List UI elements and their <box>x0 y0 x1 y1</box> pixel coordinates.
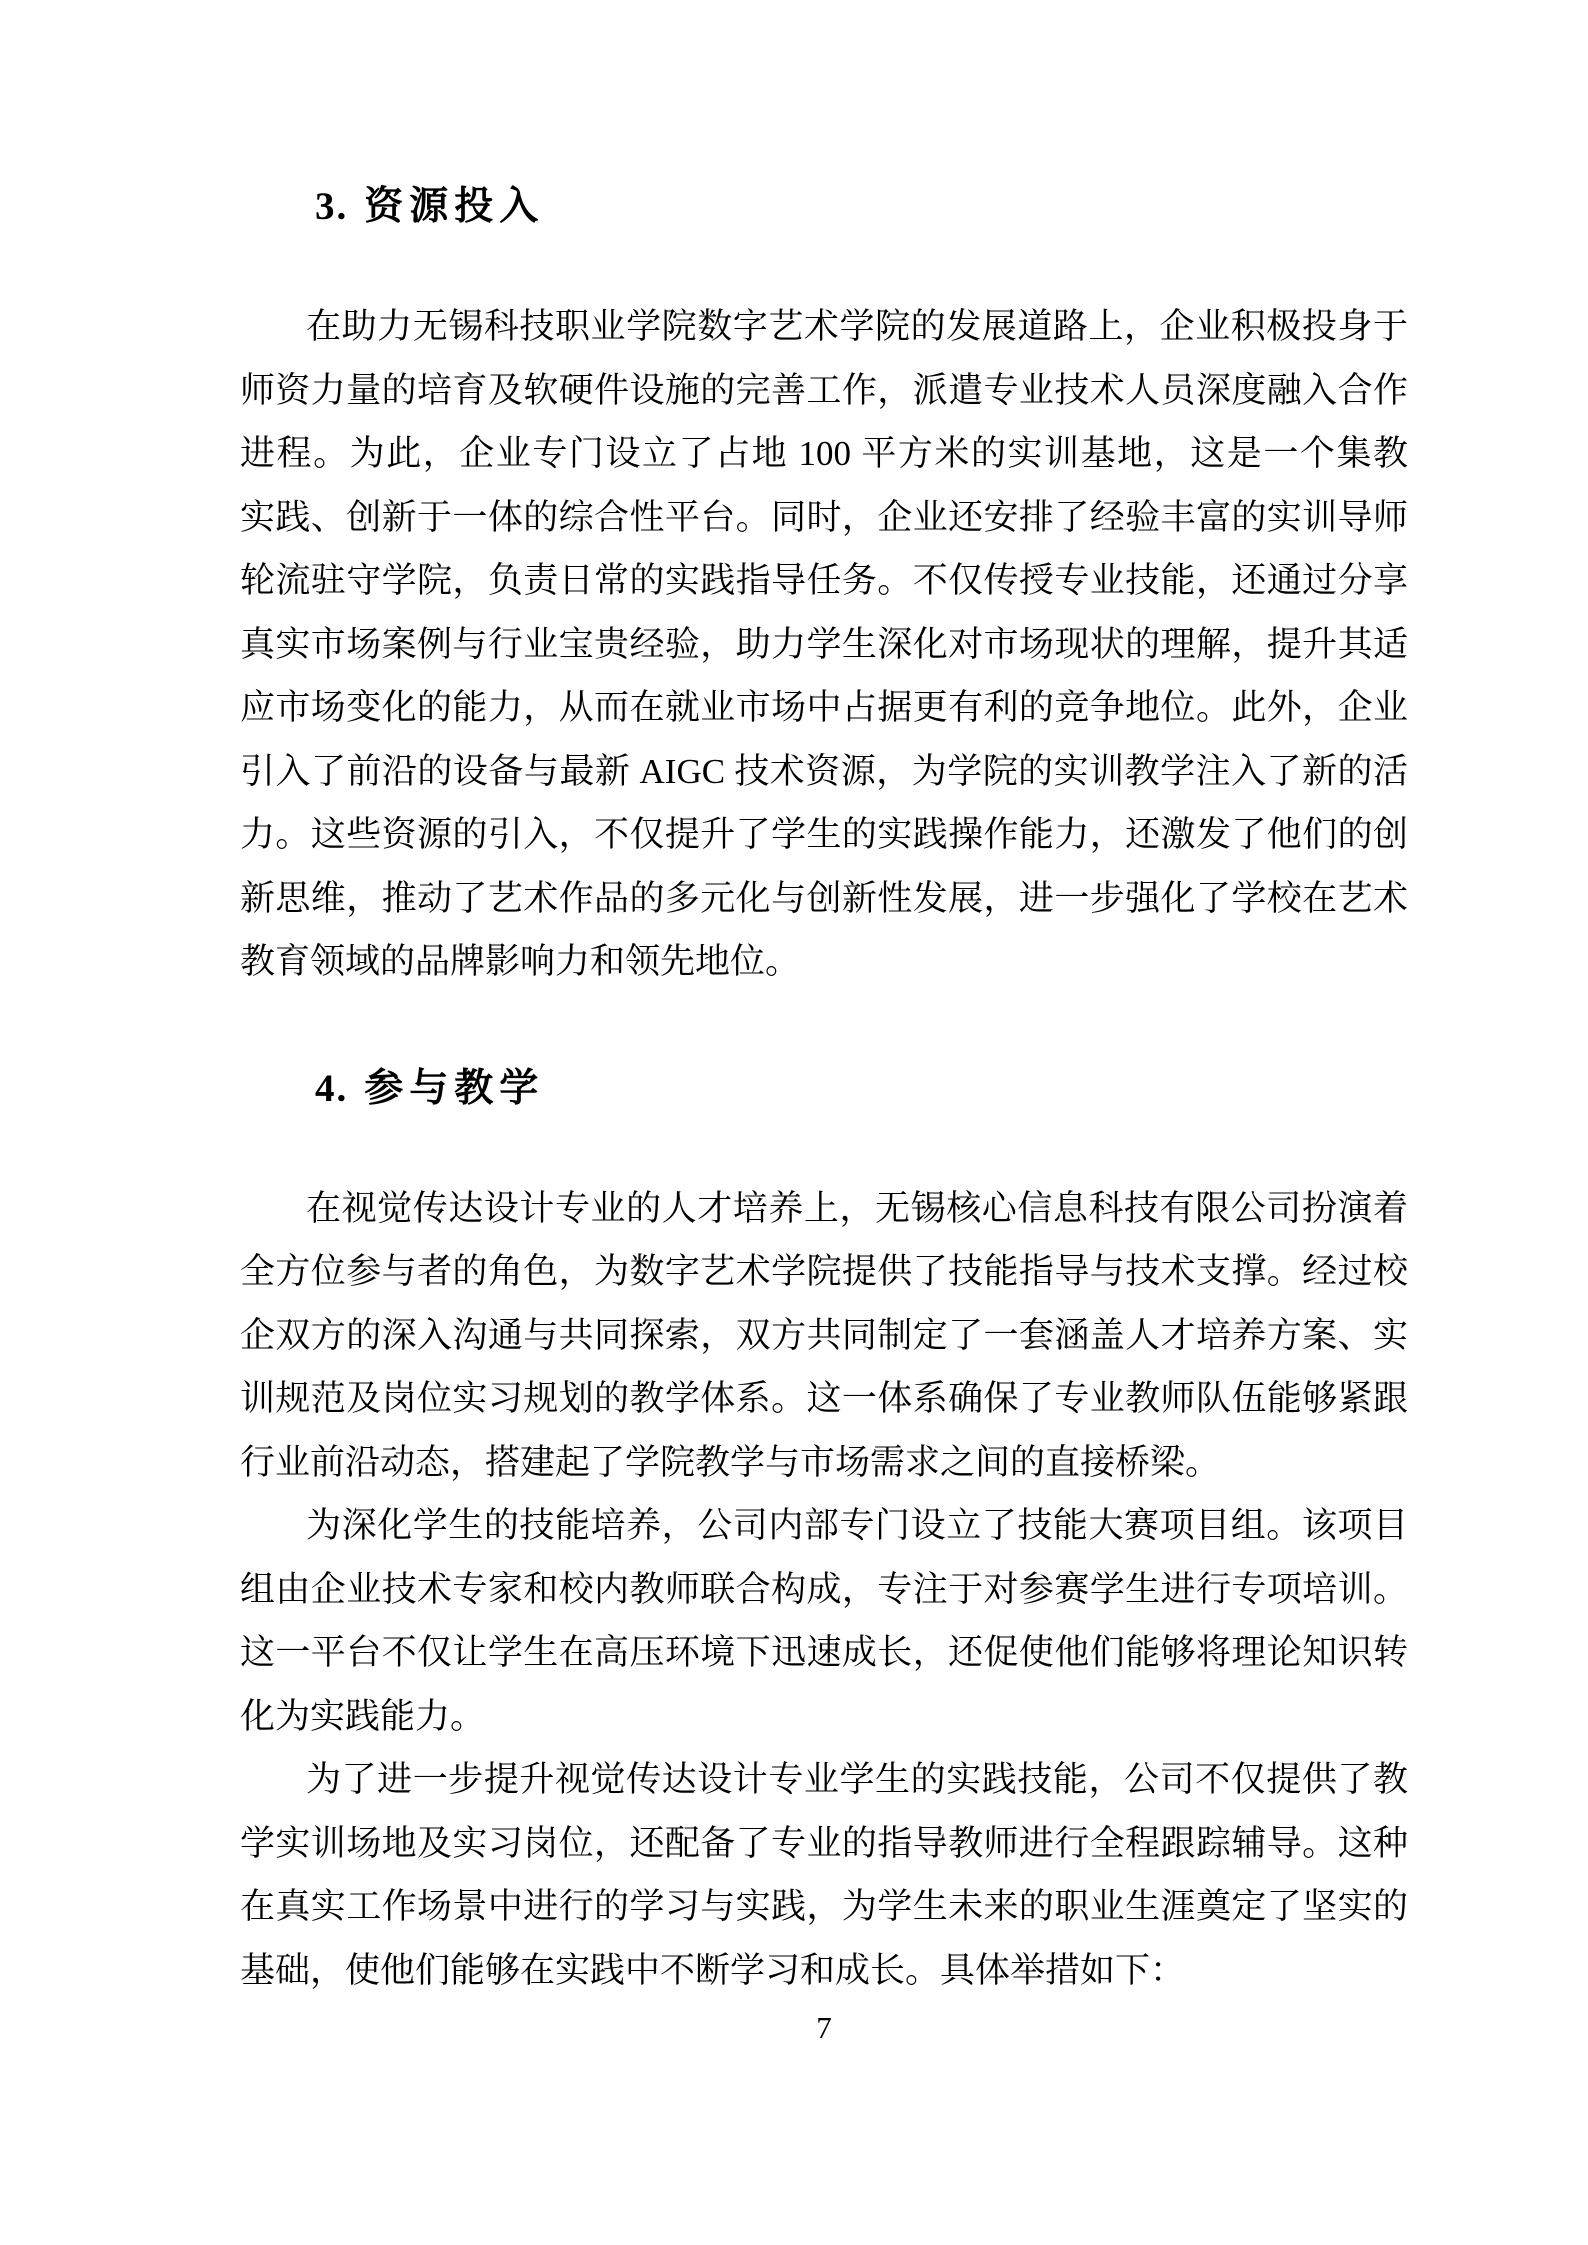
page-number: 7 <box>240 2008 1408 2048</box>
text-line: 教育领域的品牌影响力和领先地位。 <box>240 930 1408 994</box>
text-line: 为了进一步提升视觉传达设计专业学生的实践技能，公司不仅提供了教 <box>240 1748 1408 1812</box>
text-line: 新思维，推动了艺术作品的多元化与创新性发展，进一步强化了学校在艺术 <box>240 867 1408 931</box>
section-heading: 3.资源投入 <box>240 184 1408 230</box>
text-line: 师资力量的培育及软硬件设施的完善工作，派遣专业技术人员深度融入合作 <box>240 359 1408 423</box>
text-line: 在真实工作场景中进行的学习与实践，为学生未来的职业生涯奠定了坚实的 <box>240 1875 1408 1939</box>
section-heading: 4.参与教学 <box>240 1066 1408 1112</box>
text-line: 行业前沿动态，搭建起了学院教学与市场需求之间的直接桥梁。 <box>240 1431 1408 1495</box>
paragraph: 为了进一步提升视觉传达设计专业学生的实践技能，公司不仅提供了教学实训场地及实习岗… <box>240 1748 1408 2002</box>
text-line: 企双方的深入沟通与共同探索，双方共同制定了一套涵盖人才培养方案、实 <box>240 1304 1408 1368</box>
heading-number: 3. <box>315 185 348 228</box>
text-line: 为深化学生的技能培养，公司内部专门设立了技能大赛项目组。该项目 <box>240 1494 1408 1558</box>
document-content: 3.资源投入在助力无锡科技职业学院数字艺术学院的发展道路上，企业积极投身于师资力… <box>240 0 1408 2002</box>
text-line: 进程。为此，企业专门设立了占地 100 平方米的实训基地，这是一个集教学、 <box>240 422 1408 486</box>
text-line: 在助力无锡科技职业学院数字艺术学院的发展道路上，企业积极投身于 <box>240 295 1408 359</box>
text-line: 基础，使他们能够在实践中不断学习和成长。具体举措如下： <box>240 1939 1408 2003</box>
text-line: 轮流驻守学院，负责日常的实践指导任务。不仅传授专业技能，还通过分享 <box>240 549 1408 613</box>
text-line: 力。这些资源的引入，不仅提升了学生的实践操作能力，还激发了他们的创 <box>240 803 1408 867</box>
paragraph: 在视觉传达设计专业的人才培养上，无锡核心信息科技有限公司扮演着全方位参与者的角色… <box>240 1177 1408 1495</box>
text-line: 真实市场案例与行业宝贵经验，助力学生深化对市场现状的理解，提升其适 <box>240 613 1408 677</box>
text-line: 实践、创新于一体的综合性平台。同时，企业还安排了经验丰富的实训导师 <box>240 486 1408 550</box>
heading-title: 资源投入 <box>364 185 544 228</box>
paragraph: 为深化学生的技能培养，公司内部专门设立了技能大赛项目组。该项目组由企业技术专家和… <box>240 1494 1408 1748</box>
text-line: 这一平台不仅让学生在高压环境下迅速成长，还促使他们能够将理论知识转 <box>240 1621 1408 1685</box>
text-line: 在视觉传达设计专业的人才培养上，无锡核心信息科技有限公司扮演着 <box>240 1177 1408 1241</box>
paragraph: 在助力无锡科技职业学院数字艺术学院的发展道路上，企业积极投身于师资力量的培育及软… <box>240 295 1408 994</box>
heading-title: 参与教学 <box>364 1067 544 1110</box>
text-line: 组由企业技术专家和校内教师联合构成，专注于对参赛学生进行专项培训。 <box>240 1558 1408 1622</box>
text-line: 学实训场地及实习岗位，还配备了专业的指导教师进行全程跟踪辅导。这种 <box>240 1812 1408 1876</box>
text-line: 引入了前沿的设备与最新 AIGC 技术资源，为学院的实训教学注入了新的活 <box>240 740 1408 804</box>
text-line: 训规范及岗位实习规划的教学体系。这一体系确保了专业教师队伍能够紧跟 <box>240 1367 1408 1431</box>
heading-number: 4. <box>315 1067 348 1110</box>
text-line: 应市场变化的能力，从而在就业市场中占据更有利的竞争地位。此外，企业 <box>240 676 1408 740</box>
text-line: 全方位参与者的角色，为数字艺术学院提供了技能指导与技术支撑。经过校 <box>240 1240 1408 1304</box>
document-page: 3.资源投入在助力无锡科技职业学院数字艺术学院的发展道路上，企业积极投身于师资力… <box>0 0 1588 2245</box>
text-line: 化为实践能力。 <box>240 1685 1408 1749</box>
